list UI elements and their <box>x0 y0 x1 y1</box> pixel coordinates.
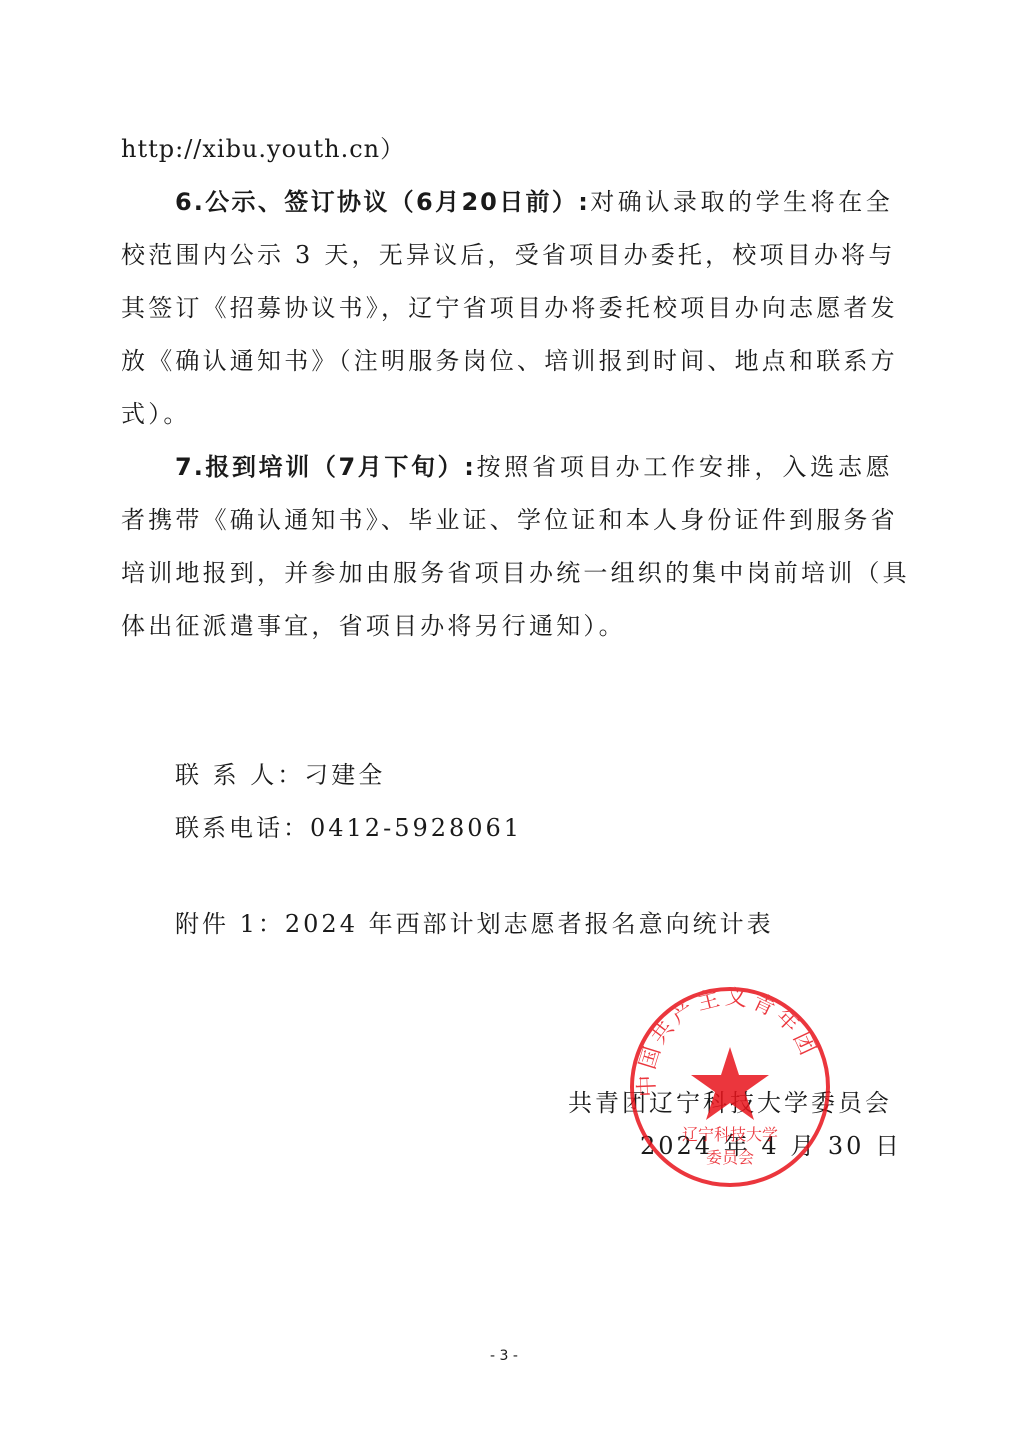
contact-person-label: 联 系 人： <box>175 761 304 789</box>
section7-line-2: 培训地报到，并参加由服务省项目办统一组织的集中岗前培训（具 <box>121 557 893 589</box>
url-line: http://xibu.youth.cn） <box>121 133 893 165</box>
section6-line-0: 对确认录取的学生将在全 <box>590 188 893 216</box>
section7-line-3: 体出征派遣事宜，省项目办将另行通知）。 <box>121 610 893 642</box>
contact-phone-label: 联系电话： <box>175 814 310 842</box>
section6-heading: 6.公示、签订协议（6月20日前）: <box>175 188 590 216</box>
section6-line-1: 校范围内公示 3 天，无异议后，受省项目办委托，校项目办将与 <box>121 239 893 271</box>
contact-phone: 联系电话：0412-5928061 <box>175 812 522 844</box>
section6-first-line: 6.公示、签订协议（6月20日前）:对确认录取的学生将在全 <box>175 186 893 218</box>
star-icon <box>691 1047 769 1120</box>
section7-line-1: 者携带《确认通知书》、毕业证、学位证和本人身份证件到服务省 <box>121 504 893 536</box>
svg-text:委员会: 委员会 <box>706 1148 754 1167</box>
svg-text:辽宁科技大学: 辽宁科技大学 <box>682 1125 778 1144</box>
contact-phone-number: 0412-5928061 <box>310 814 522 842</box>
section7-first-line: 7.报到培训（7月下旬）:按照省项目办工作安排，入选志愿 <box>175 451 893 483</box>
section7-line-0: 按照省项目办工作安排，入选志愿 <box>476 453 893 481</box>
attachment-line: 附件 1：2024 年西部计划志愿者报名意向统计表 <box>175 908 774 940</box>
page-number: - 3 - <box>490 1348 518 1364</box>
official-seal-stamp: 中国共产主义青年团 辽宁科技大学 委员会 <box>628 985 832 1189</box>
section7-heading: 7.报到培训（7月下旬）: <box>175 453 476 481</box>
contact-person-name: 刁建全 <box>304 761 385 789</box>
section6-line-4: 式）。 <box>121 398 893 430</box>
contact-person: 联 系 人：刁建全 <box>175 759 385 791</box>
section6-line-2: 其签订《招募协议书》，辽宁省项目办将委托校项目办向志愿者发 <box>121 292 893 324</box>
section6-line-3: 放《确认通知书》（注明服务岗位、培训报到时间、地点和联系方 <box>121 345 893 377</box>
